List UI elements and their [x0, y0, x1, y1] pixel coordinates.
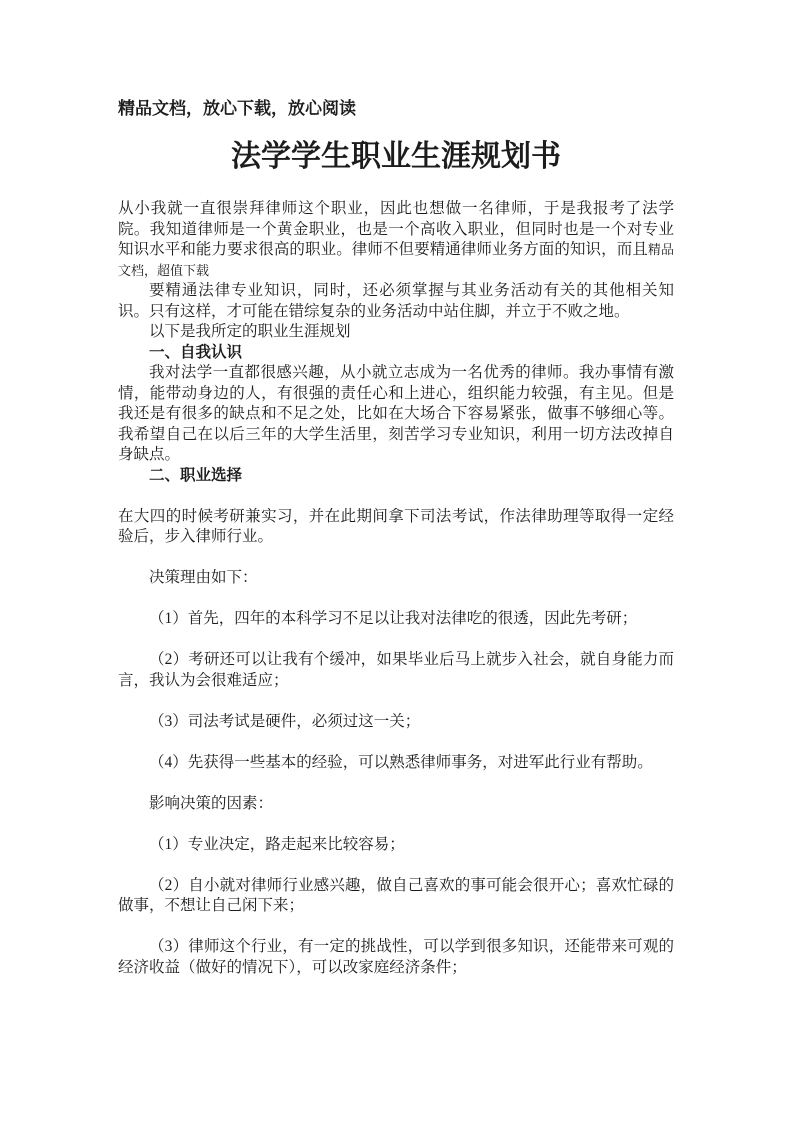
blank-line: [118, 548, 674, 569]
paragraph: （2）自小就对律师行业感兴趣，做自己喜欢的事可能会很开心；喜欢忙碌的做事，不想让…: [118, 876, 674, 917]
paragraph: 我对法学一直都很感兴趣，从小就立志成为一名优秀的律师。我办事情有激情，能带动身边…: [118, 363, 674, 466]
paragraph: 从小我就一直很崇拜律师这个职业，因此也想做一名律师，于是我报考了法学院。我知道律…: [118, 199, 674, 281]
paragraph: 以下是我所定的职业生涯规划: [118, 322, 674, 343]
document-body: 精品文档，放心下载，放心阅读法学学生职业生涯规划书从小我就一直很崇拜律师这个职业…: [118, 97, 674, 978]
blank-line: [118, 732, 674, 753]
section-heading: 二、职业选择: [118, 466, 674, 487]
paragraph: （1）专业决定，路走起来比较容易；: [118, 835, 674, 856]
doc-title: 法学学生职业生涯规划书: [118, 135, 674, 179]
paragraph: 要精通法律专业知识，同时，还必须掌握与其业务活动有关的其他相关知识。只有这样，才…: [118, 281, 674, 322]
paragraph: 决策理由如下：: [118, 568, 674, 589]
paragraph: 在大四的时候考研兼实习，并在此期间拿下司法考试，作法律助理等取得一定经验后，步入…: [118, 507, 674, 548]
text-run: 从小我就一直很崇拜律师这个职业，因此也想做一名律师，于是我报考了法学院。我知道律…: [118, 200, 674, 258]
blank-line: [118, 691, 674, 712]
blank-line: [118, 589, 674, 610]
paragraph: （2）考研还可以让我有个缓冲，如果毕业后马上就步入社会，就自身能力而言，我认为会…: [118, 650, 674, 691]
doc-watermark-header: 精品文档，放心下载，放心阅读: [118, 97, 674, 121]
blank-line: [118, 917, 674, 938]
blank-line: [118, 773, 674, 794]
blank-line: [118, 486, 674, 507]
paragraph: 影响决策的因素：: [118, 794, 674, 815]
paragraph: （3）律师这个行业，有一定的挑战性，可以学到很多知识，还能带来可观的经济收益（做…: [118, 937, 674, 978]
paragraph: （1）首先，四年的本科学习不足以让我对法律吃的很透，因此先考研；: [118, 609, 674, 630]
section-heading: 一、自我认识: [118, 343, 674, 364]
document-page: 精品文档，放心下载，放心阅读法学学生职业生涯规划书从小我就一直很崇拜律师这个职业…: [0, 0, 793, 1122]
paragraph: （4）先获得一些基本的经验，可以熟悉律师事务，对进军此行业有帮助。: [118, 753, 674, 774]
blank-line: [118, 855, 674, 876]
blank-line: [118, 630, 674, 651]
paragraph: （3）司法考试是硬件，必须过这一关；: [118, 712, 674, 733]
blank-line: [118, 814, 674, 835]
